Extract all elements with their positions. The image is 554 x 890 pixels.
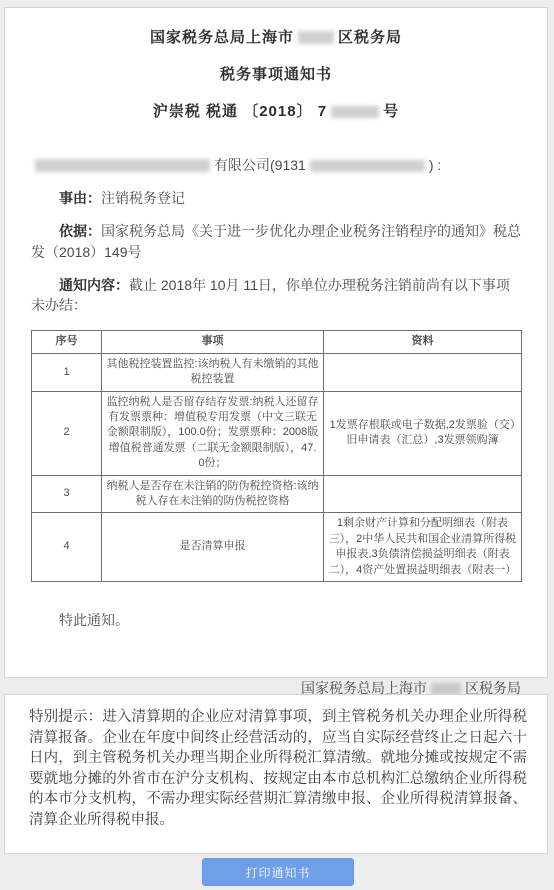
tax-notice-document: 国家税务总局上海市区税务局 税务事项通知书 沪崇税 税通 〔2018〕 7号 有… bbox=[4, 7, 548, 678]
content-label: 通知内容： bbox=[59, 277, 129, 293]
redacted-company-name bbox=[35, 159, 210, 172]
redacted-taxpayer-id bbox=[310, 160, 425, 172]
cell-item: 其他税控装置监控:该纳税人有未缴销的其他税控装置 bbox=[102, 353, 324, 391]
cell-material: 1发票存根联或电子数据,2发票验（交）旧申请表（汇总）,3发票领购簿 bbox=[324, 391, 522, 475]
basis-value: 国家税务总局《关于进一步优化办理企业税务注销程序的通知》税总发（2018）149… bbox=[31, 223, 521, 259]
document-number-suffix: 号 bbox=[383, 103, 399, 120]
cell-material bbox=[324, 475, 522, 513]
cell-material: 1剩余财产计算和分配明细表（附表三），2中华人民共和国企业清算所得税申报表,3负… bbox=[324, 513, 522, 582]
table-row: 2 监控纳税人是否留存结存发票:纳税人还留存有发票票种：增值税专用发票（中文三联… bbox=[32, 391, 522, 475]
basis-label: 依据： bbox=[59, 223, 101, 239]
cell-item: 监控纳税人是否留存结存发票:纳税人还留存有发票票种：增值税专用发票（中文三联无金… bbox=[102, 391, 324, 475]
document-title: 税务事项通知书 bbox=[31, 63, 521, 84]
addressee-line: 有限公司(9131) : bbox=[31, 155, 521, 175]
matter-value: 注销税务登记 bbox=[101, 190, 185, 206]
cell-material bbox=[324, 353, 522, 391]
authority-prefix: 国家税务总局上海市 bbox=[150, 29, 294, 46]
addressee-close: ) : bbox=[429, 157, 441, 173]
table-row: 4 是否清算申报 1剩余财产计算和分配明细表（附表三），2中华人民共和国企业清算… bbox=[32, 513, 522, 582]
issuing-authority-title: 国家税务总局上海市区税务局 bbox=[31, 26, 521, 47]
matter-label: 事由： bbox=[59, 190, 101, 206]
cell-seq: 3 bbox=[32, 475, 102, 513]
basis-paragraph: 依据：国家税务总局《关于进一步优化办理企业税务注销程序的通知》税总发（2018）… bbox=[31, 221, 521, 262]
pending-items-table: 序号 事项 资料 1 其他税控装置监控:该纳税人有未缴销的其他税控装置 2 监控… bbox=[31, 330, 522, 581]
header-item: 事项 bbox=[102, 331, 324, 353]
table-header-row: 序号 事项 资料 bbox=[32, 331, 522, 353]
header-seq: 序号 bbox=[32, 331, 102, 353]
redacted-district-name bbox=[298, 31, 334, 44]
company-suffix: 有限公司(9131 bbox=[214, 157, 306, 173]
cell-seq: 1 bbox=[32, 353, 102, 391]
cell-item: 是否清算申报 bbox=[102, 513, 324, 582]
cell-seq: 2 bbox=[32, 391, 102, 475]
authority-suffix: 区税务局 bbox=[338, 29, 402, 46]
table-row: 3 纳税人是否存在未注销的防伪税控资格:该纳税人存在未注销的防伪税控资格 bbox=[32, 475, 522, 513]
redacted-document-number bbox=[331, 106, 379, 118]
document-number: 沪崇税 税通 〔2018〕 7号 bbox=[31, 100, 521, 121]
document-number-prefix: 沪崇税 税通 〔2018〕 7 bbox=[153, 103, 327, 120]
special-notice-card: 特别提示：进入清算期的企业应对清算事项，到主管税务机关办理企业所得税清算报备。企… bbox=[4, 694, 548, 854]
cell-seq: 4 bbox=[32, 513, 102, 582]
matter-paragraph: 事由：注销税务登记 bbox=[31, 188, 521, 208]
special-notice-text: 特别提示：进入清算期的企业应对清算事项，到主管税务机关办理企业所得税清算报备。企… bbox=[29, 707, 527, 830]
header-material: 资料 bbox=[324, 331, 522, 353]
cell-item: 纳税人是否存在未注销的防伪税控资格:该纳税人存在未注销的防伪税控资格 bbox=[102, 475, 324, 513]
content-paragraph: 通知内容：截止 2018年 10月 11日，你单位办理税务注销前尚有以下事项未办… bbox=[31, 275, 521, 316]
table-row: 1 其他税控装置监控:该纳税人有未缴销的其他税控装置 bbox=[32, 353, 522, 391]
closing-statement: 特此通知。 bbox=[31, 610, 521, 630]
print-notice-button[interactable]: 打印通知书 bbox=[202, 858, 354, 886]
